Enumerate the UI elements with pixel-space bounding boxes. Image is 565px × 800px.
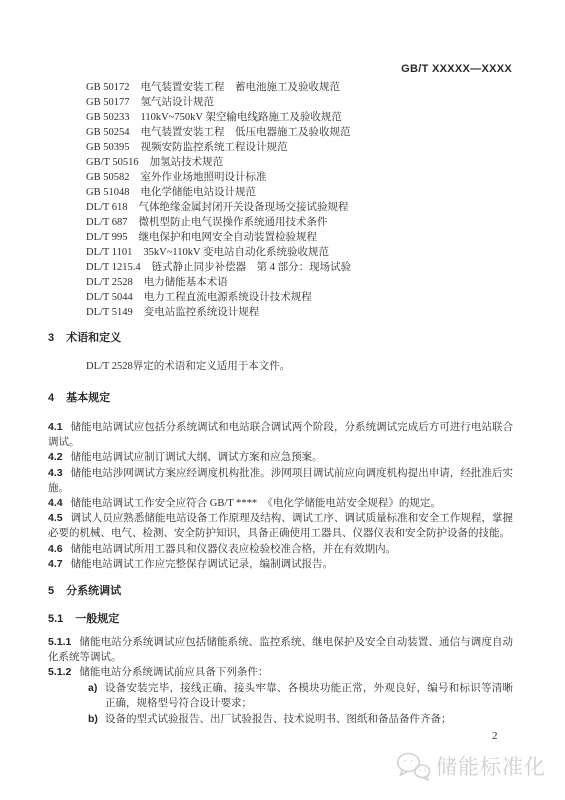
clause-number: 5.1.1: [48, 636, 71, 648]
reference-title: 电力工程直流电源系统设计技术规程: [144, 292, 312, 303]
reference-code: GB 50172: [86, 82, 129, 93]
section-5-content: 5.1.1储能电站分系统调试应包括储能系统、监控系统、继电保护及安全自动装置、通…: [48, 635, 513, 727]
section-3-body: DL/T 2528界定的术语和定义适用于本文件。: [48, 359, 512, 374]
wechat-icon: [395, 751, 431, 781]
clause-text: 储能电站调试应制订调试大纲、调试方案和应急预案。: [71, 452, 323, 463]
clause-paragraph: 4.6储能电站调试所用工器具和仪器仪表应检验校准合格，并在有效期内。: [48, 542, 513, 557]
reference-title: 加氢站技术规范: [150, 157, 224, 168]
reference-entry: DL/T 5149变电站监控系统设计规程: [86, 305, 526, 320]
reference-code: GB 50177: [86, 97, 129, 108]
section-3-title: 术语和定义: [66, 332, 121, 344]
reference-code: DL/T 5149: [86, 307, 133, 318]
clause-paragraph: 4.5调试人员应熟悉储能电站设备工作原理及结构、调试工序、调试质量标准和安全工作…: [48, 511, 513, 541]
clause-paragraph: 4.4储能电站调试工作安全应符合 GB/T **** 《电化学储能电站安全规程》…: [48, 496, 513, 511]
section-5-heading: 5分系统调试: [48, 584, 121, 599]
clause-text: 储能电站调试所用工器具和仪器仪表应检验校准合格，并在有效期内。: [71, 544, 397, 555]
reference-entry: DL/T 110135kV~110kV 变电站自动化系统验收规范: [86, 245, 526, 260]
reference-code: GB/T 50516: [86, 157, 139, 168]
reference-entry: GB 51048电化学储能电站设计规范: [86, 185, 526, 200]
clause-text: 储能电站分系统调试前应具备下列条件：: [79, 667, 268, 678]
section-5-1-number: 5.1: [48, 613, 63, 625]
reference-code: GB 50254: [86, 127, 129, 138]
section-3-number: 3: [48, 332, 54, 344]
clause-text: 调试人员应熟悉储能电站设备工作原理及结构、调试工序、调试质量标准和安全工作规程，…: [48, 513, 513, 539]
reference-entry: DL/T 2528电力储能基本术语: [86, 275, 526, 290]
condition-item: a)设备安装完毕，接线正确、接头牢靠、各模块功能正常，外观良好，编号和标识等清晰…: [88, 681, 513, 712]
reference-title: 气体绝缘金属封闭开关设备现场交接试验规程: [139, 202, 349, 213]
reference-title: 室外作业场地照明设计标准: [140, 172, 266, 183]
reference-title: 电力储能基本术语: [144, 277, 228, 288]
section-5-title: 分系统调试: [66, 585, 121, 597]
reference-entry: DL/T 995继电保护和电网安全自动装置检验规程: [86, 230, 526, 245]
condition-label: a): [88, 681, 105, 712]
section-5-1-heading: 5.1一般规定: [48, 612, 119, 627]
reference-code: DL/T 2528: [86, 277, 133, 288]
reference-title: 电气装置安装工程 蓄电池施工及验收规范: [140, 82, 340, 93]
reference-code: DL/T 5044: [86, 292, 133, 303]
reference-code: GB 50582: [86, 172, 129, 183]
clause-text: 储能电站涉网调试方案应经调度机构批准。涉网项目调试前应向调度机构提出申请，经批准…: [48, 468, 513, 494]
section-5-number: 5: [48, 585, 54, 597]
clause-text: 储能电站调试工作应完整保存调试记录，编制调试报告。: [71, 559, 334, 570]
watermark: 储能标准化: [395, 751, 546, 781]
clause-number: 4.3: [48, 467, 63, 479]
reference-title: 电化学储能电站设计规范: [140, 187, 256, 198]
reference-title: 变电站监控系统设计规程: [144, 307, 260, 318]
reference-title: 链式静止同步补偿器 第 4 部分：现场试验: [152, 262, 352, 273]
reference-code: GB 51048: [86, 187, 129, 198]
reference-entry: DL/T 618气体绝缘金属封闭开关设备现场交接试验规程: [86, 200, 526, 215]
clause-paragraph: 4.7储能电站调试工作应完整保存调试记录，编制调试报告。: [48, 557, 513, 572]
section-4-clauses: 4.1储能电站调试应包括分系统调试和电站联合调试两个阶段，分系统调试完成后方可进…: [48, 420, 513, 572]
standard-code-header: GB/T XXXXX—XXXX: [401, 63, 512, 75]
reference-code: DL/T 1215.4: [86, 262, 141, 273]
reference-code: GB 50233: [86, 112, 129, 123]
reference-code: DL/T 1101: [86, 247, 132, 258]
reference-entry: GB 50233110kV~750kV 架空输电线路施工及验收规范: [86, 110, 526, 125]
section-4-title: 基本规定: [66, 392, 110, 404]
reference-title: 110kV~750kV 架空输电线路施工及验收规范: [140, 112, 341, 123]
clause-number: 4.4: [48, 497, 63, 509]
clause-paragraph: 5.1.1储能电站分系统调试应包括储能系统、监控系统、继电保护及安全自动装置、通…: [48, 635, 513, 665]
clause-paragraph: 4.1储能电站调试应包括分系统调试和电站联合调试两个阶段，分系统调试完成后方可进…: [48, 420, 513, 450]
clause-number: 4.6: [48, 543, 63, 555]
condition-list: a)设备安装完毕，接线正确、接头牢靠、各模块功能正常，外观良好，编号和标识等清晰…: [48, 681, 513, 728]
reference-code: GB 50395: [86, 142, 129, 153]
clause-text: 储能电站调试工作安全应符合 GB/T **** 《电化学储能电站安全规程》的规定…: [71, 498, 441, 509]
section-5-clauses: 5.1.1储能电站分系统调试应包括储能系统、监控系统、继电保护及安全自动装置、通…: [48, 635, 513, 681]
reference-entry: GB 50582室外作业场地照明设计标准: [86, 170, 526, 185]
reference-code: DL/T 687: [86, 217, 128, 228]
reference-entry: GB/T 50516加氢站技术规范: [86, 155, 526, 170]
reference-entry: DL/T 687微机型防止电气误操作系统通用技术条件: [86, 215, 526, 230]
clause-number: 4.7: [48, 558, 63, 570]
condition-text: 设备的型式试验报告、出厂试验报告、技术说明书、图纸和备品备件齐备；: [105, 712, 452, 728]
section-4-heading: 4基本规定: [48, 391, 110, 406]
clause-paragraph: 5.1.2储能电站分系统调试前应具备下列条件：: [48, 665, 513, 680]
reference-code: DL/T 618: [86, 202, 128, 213]
reference-title: 继电保护和电网安全自动装置检验规程: [139, 232, 318, 243]
condition-text: 设备安装完毕，接线正确、接头牢靠、各模块功能正常，外观良好，编号和标识等清晰正确…: [105, 681, 513, 712]
clause-number: 4.5: [48, 512, 63, 524]
reference-entry: GB 50172电气装置安装工程 蓄电池施工及验收规范: [86, 80, 526, 95]
reference-entry: GB 50395视频安防监控系统工程设计规范: [86, 140, 526, 155]
reference-code: DL/T 995: [86, 232, 128, 243]
watermark-label: 储能标准化: [436, 751, 546, 781]
clause-text: 储能电站调试应包括分系统调试和电站联合调试两个阶段，分系统调试完成后方可进行电站…: [48, 422, 513, 448]
reference-title: 微机型防止电气误操作系统通用技术条件: [139, 217, 328, 228]
reference-entry: GB 50177氢气站设计规范: [86, 95, 526, 110]
page-number: 2: [492, 730, 498, 742]
reference-entry: GB 50254电气装置安装工程 低压电器施工及验收规范: [86, 125, 526, 140]
section-3-heading: 3术语和定义: [48, 331, 121, 346]
clause-paragraph: 4.3储能电站涉网调试方案应经调度机构批准。涉网项目调试前应向调度机构提出申请，…: [48, 466, 513, 496]
reference-title: 氢气站设计规范: [140, 97, 214, 108]
section-4-number: 4: [48, 392, 54, 404]
reference-entry: DL/T 5044电力工程直流电源系统设计技术规程: [86, 290, 526, 305]
condition-item: b)设备的型式试验报告、出厂试验报告、技术说明书、图纸和备品备件齐备；: [88, 712, 513, 728]
reference-entry: DL/T 1215.4链式静止同步补偿器 第 4 部分：现场试验: [86, 260, 526, 275]
clause-paragraph: 4.2储能电站调试应制订调试大纲、调试方案和应急预案。: [48, 450, 513, 465]
condition-label: b): [88, 712, 105, 728]
clause-text: 储能电站分系统调试应包括储能系统、监控系统、继电保护及安全自动装置、通信与调度自…: [48, 637, 513, 663]
clause-number: 4.2: [48, 451, 63, 463]
document-page: GB/T XXXXX—XXXX GB 50172电气装置安装工程 蓄电池施工及验…: [0, 0, 565, 800]
clause-number: 5.1.2: [48, 666, 71, 678]
normative-references-list: GB 50172电气装置安装工程 蓄电池施工及验收规范 GB 50177氢气站设…: [86, 80, 526, 320]
clause-number: 4.1: [48, 421, 63, 433]
section-5-1-title: 一般规定: [75, 613, 119, 625]
reference-title: 35kV~110kV 变电站自动化系统验收规范: [143, 247, 329, 258]
reference-title: 视频安防监控系统工程设计规范: [140, 142, 287, 153]
reference-title: 电气装置安装工程 低压电器施工及验收规范: [140, 127, 350, 138]
